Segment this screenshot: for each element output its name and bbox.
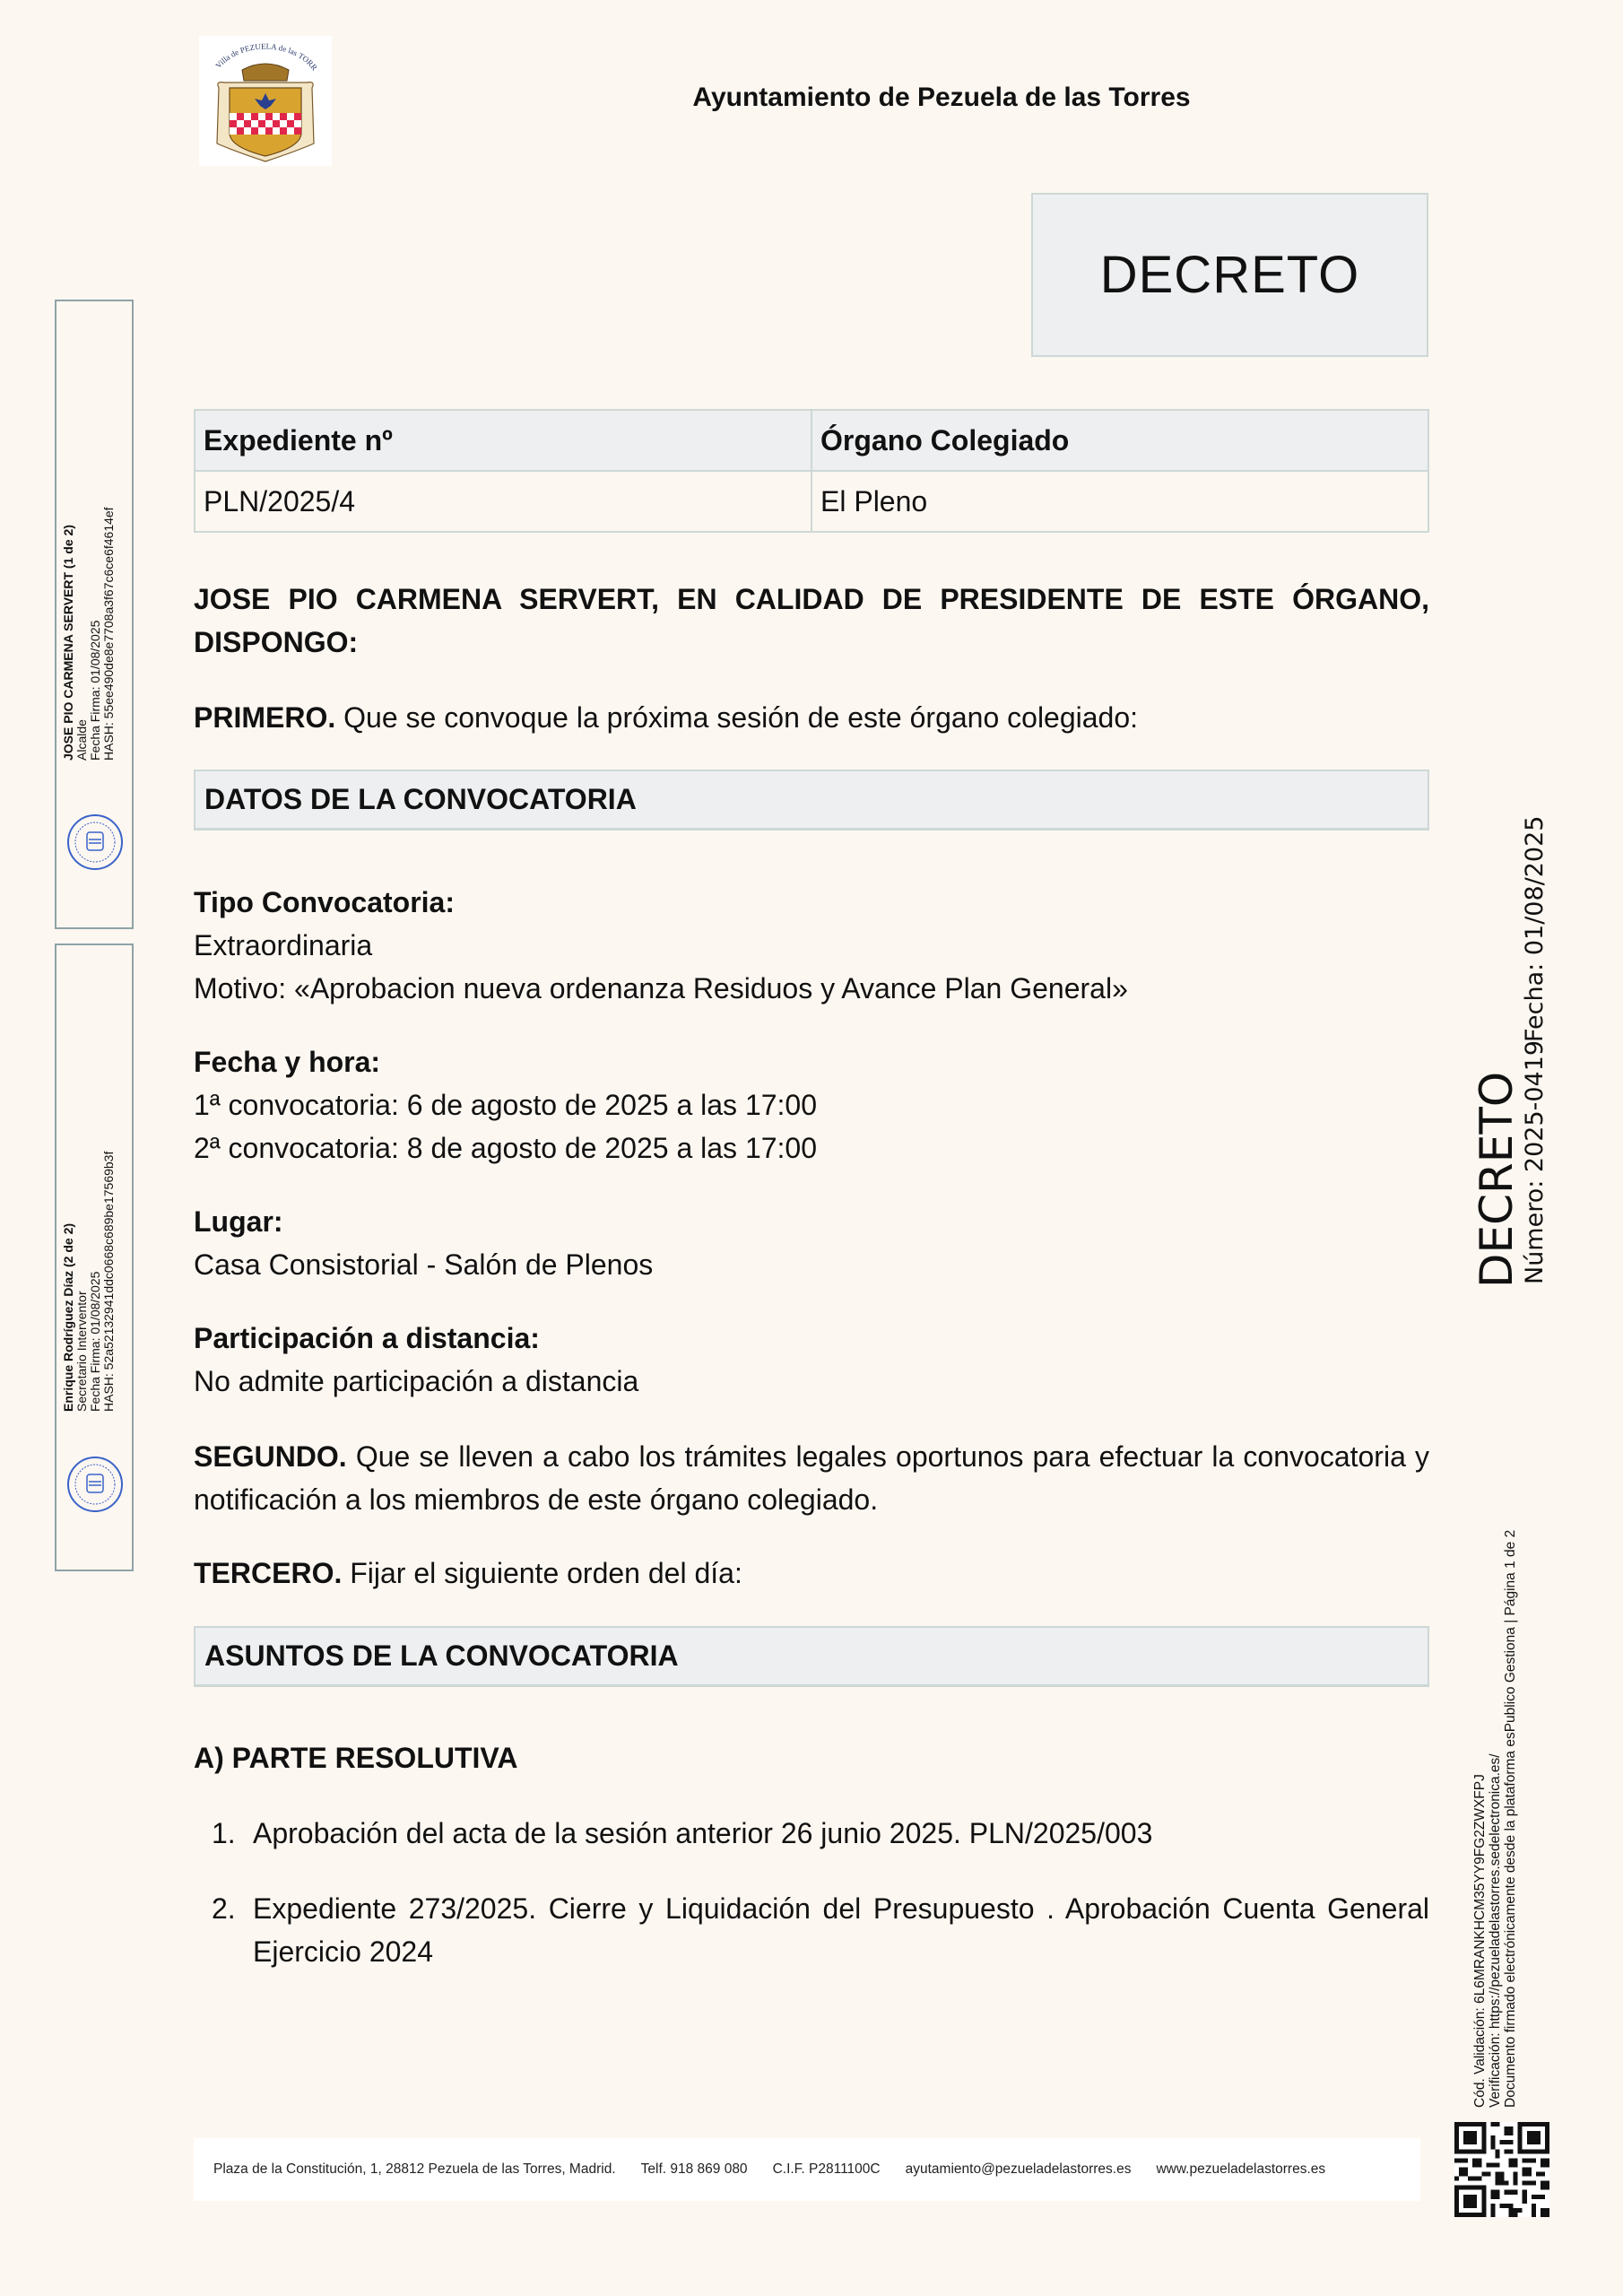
signature-panel-1: JOSE PIO CARMENA SERVERT (1 de 2) Alcald… (55, 300, 134, 929)
item-text: Aprobación del acta de la sesión anterio… (253, 1812, 1429, 1855)
signature-date: Fecha Firma: 01/08/2025 (89, 1344, 102, 1412)
official-seal-icon (65, 1455, 125, 1514)
organization-name: Ayuntamiento de Pezuela de las Torres (628, 83, 1255, 113)
lugar-label: Lugar: (194, 1200, 1429, 1243)
qr-code-icon (1454, 2122, 1549, 2217)
convocatoria-1: 1ª convocatoria: 6 de agosto de 2025 a l… (194, 1083, 1429, 1126)
validation-info: Cód. Validación: 6L6MRANKHCM35YY9FG2ZWXF… (1472, 1530, 1518, 2108)
tercero-paragraph: TERCERO. Fijar el siguiente orden del dí… (194, 1552, 1429, 1595)
side-decree-date: Fecha: 01/08/2025 (1521, 816, 1549, 1042)
organo-value: El Pleno (811, 471, 1428, 532)
signer-name: Enrique Rodríguez Díaz (2 de 2) (62, 1344, 75, 1412)
primero-label: PRIMERO. (194, 701, 335, 734)
tipo-convocatoria: Tipo Convocatoria: Extraordinaria Motivo… (194, 881, 1429, 1010)
parte-resolutiva-title: A) PARTE RESOLUTIVA (194, 1736, 1429, 1779)
signature-hash: HASH: 52a52132941ddc0668c689be17569b3f (102, 1344, 116, 1412)
signed-note: Documento firmado electrónicamente desde… (1503, 1530, 1518, 2108)
signature-panel-2: Enrique Rodríguez Díaz (2 de 2) Secretar… (55, 944, 134, 1571)
signature-hash: HASH: 55ee490de8e7708a3f67c6ce6f4614ef (102, 692, 116, 761)
signer-role: Secretario Interventor (75, 1344, 89, 1412)
tipo-label: Tipo Convocatoria: (194, 881, 1429, 924)
document-type-title: DECRETO (1100, 245, 1360, 305)
intro-statement: JOSE PIO CARMENA SERVERT, EN CALIDAD DE … (194, 578, 1429, 664)
table-header-row: Expediente nº Órgano Colegiado (195, 410, 1428, 471)
primero-text: Que se convoque la próxima sesión de est… (335, 701, 1138, 734)
signature-details-1: JOSE PIO CARMENA SERVERT (1 de 2) Alcald… (62, 692, 116, 761)
fecha-hora: Fecha y hora: 1ª convocatoria: 6 de agos… (194, 1040, 1429, 1170)
coat-of-arms-icon: Villa de PEZUELA de las TORRES (199, 36, 332, 166)
expediente-table: Expediente nº Órgano Colegiado PLN/2025/… (194, 409, 1429, 533)
item-number: 1. (212, 1812, 253, 1855)
item-number: 2. (212, 1887, 253, 1973)
lugar-value: Casa Consistorial - Salón de Plenos (194, 1243, 1429, 1286)
fecha-label: Fecha y hora: (194, 1040, 1429, 1083)
asuntos-section-title: ASUNTOS DE LA CONVOCATORIA (204, 1639, 679, 1673)
table-row: PLN/2025/4 El Pleno (195, 471, 1428, 532)
participacion: Participación a distancia: No admite par… (194, 1317, 1429, 1403)
participacion-value: No admite participación a distancia (194, 1360, 1429, 1403)
participacion-label: Participación a distancia: (194, 1317, 1429, 1360)
side-decree-number: Número: 2025-0419 (1521, 1040, 1549, 1284)
footer-email[interactable]: ayutamiento@pezueladelastorres.es (906, 2161, 1132, 2178)
municipal-coat-of-arms: Villa de PEZUELA de las TORRES (199, 36, 332, 166)
signature-details-2: Enrique Rodríguez Díaz (2 de 2) Secretar… (62, 1344, 116, 1412)
footer-cif: C.I.F. P2811100C (773, 2161, 881, 2178)
convocatoria-2: 2ª convocatoria: 8 de agosto de 2025 a l… (194, 1126, 1429, 1170)
list-item: 2. Expediente 273/2025. Cierre y Liquida… (212, 1887, 1429, 1973)
asuntos-section-header: ASUNTOS DE LA CONVOCATORIA (194, 1626, 1429, 1687)
signer-role: Alcalde (75, 692, 89, 761)
motivo: Motivo: «Aprobacion nueva ordenanza Resi… (194, 967, 1429, 1010)
item-text: Expediente 273/2025. Cierre y Liquidació… (253, 1887, 1429, 1973)
header-organo: Órgano Colegiado (811, 410, 1428, 471)
side-decree-type: DECRETO (1471, 1072, 1523, 1288)
footer-phone: Telf. 918 869 080 (641, 2161, 748, 2178)
segundo-label: SEGUNDO. (194, 1440, 347, 1473)
footer-contact-bar: Plaza de la Constitución, 1, 28812 Pezue… (194, 2138, 1420, 2201)
validation-code: Cód. Validación: 6L6MRANKHCM35YY9FG2ZWXF… (1472, 1530, 1488, 2108)
footer-website[interactable]: www.pezueladelastorres.es (1156, 2161, 1325, 2178)
document-type-box: DECRETO (1031, 193, 1428, 357)
datos-section-title: DATOS DE LA CONVOCATORIA (204, 783, 637, 816)
list-item: 1. Aprobación del acta de la sesión ante… (212, 1812, 1429, 1855)
qr-code[interactable] (1454, 2122, 1549, 2217)
tercero-label: TERCERO. (194, 1557, 342, 1589)
tipo-value: Extraordinaria (194, 924, 1429, 967)
verification-url[interactable]: Verificación: https://pezueladelastorres… (1488, 1530, 1503, 2108)
official-seal-icon (65, 813, 125, 872)
primero-paragraph: PRIMERO. Que se convoque la próxima sesi… (194, 696, 1429, 739)
signer-name: JOSE PIO CARMENA SERVERT (1 de 2) (62, 692, 75, 761)
lugar: Lugar: Casa Consistorial - Salón de Plen… (194, 1200, 1429, 1286)
signature-date: Fecha Firma: 01/08/2025 (89, 692, 102, 761)
datos-section-header: DATOS DE LA CONVOCATORIA (194, 770, 1429, 831)
expediente-value: PLN/2025/4 (195, 471, 811, 532)
header-expediente: Expediente nº (195, 410, 811, 471)
tercero-text: Fijar el siguiente orden del día: (342, 1557, 742, 1589)
segundo-text: Que se lleven a cabo los trámites legale… (194, 1440, 1429, 1516)
footer-address: Plaza de la Constitución, 1, 28812 Pezue… (213, 2161, 616, 2178)
segundo-paragraph: SEGUNDO. Que se lleven a cabo los trámit… (194, 1435, 1429, 1521)
